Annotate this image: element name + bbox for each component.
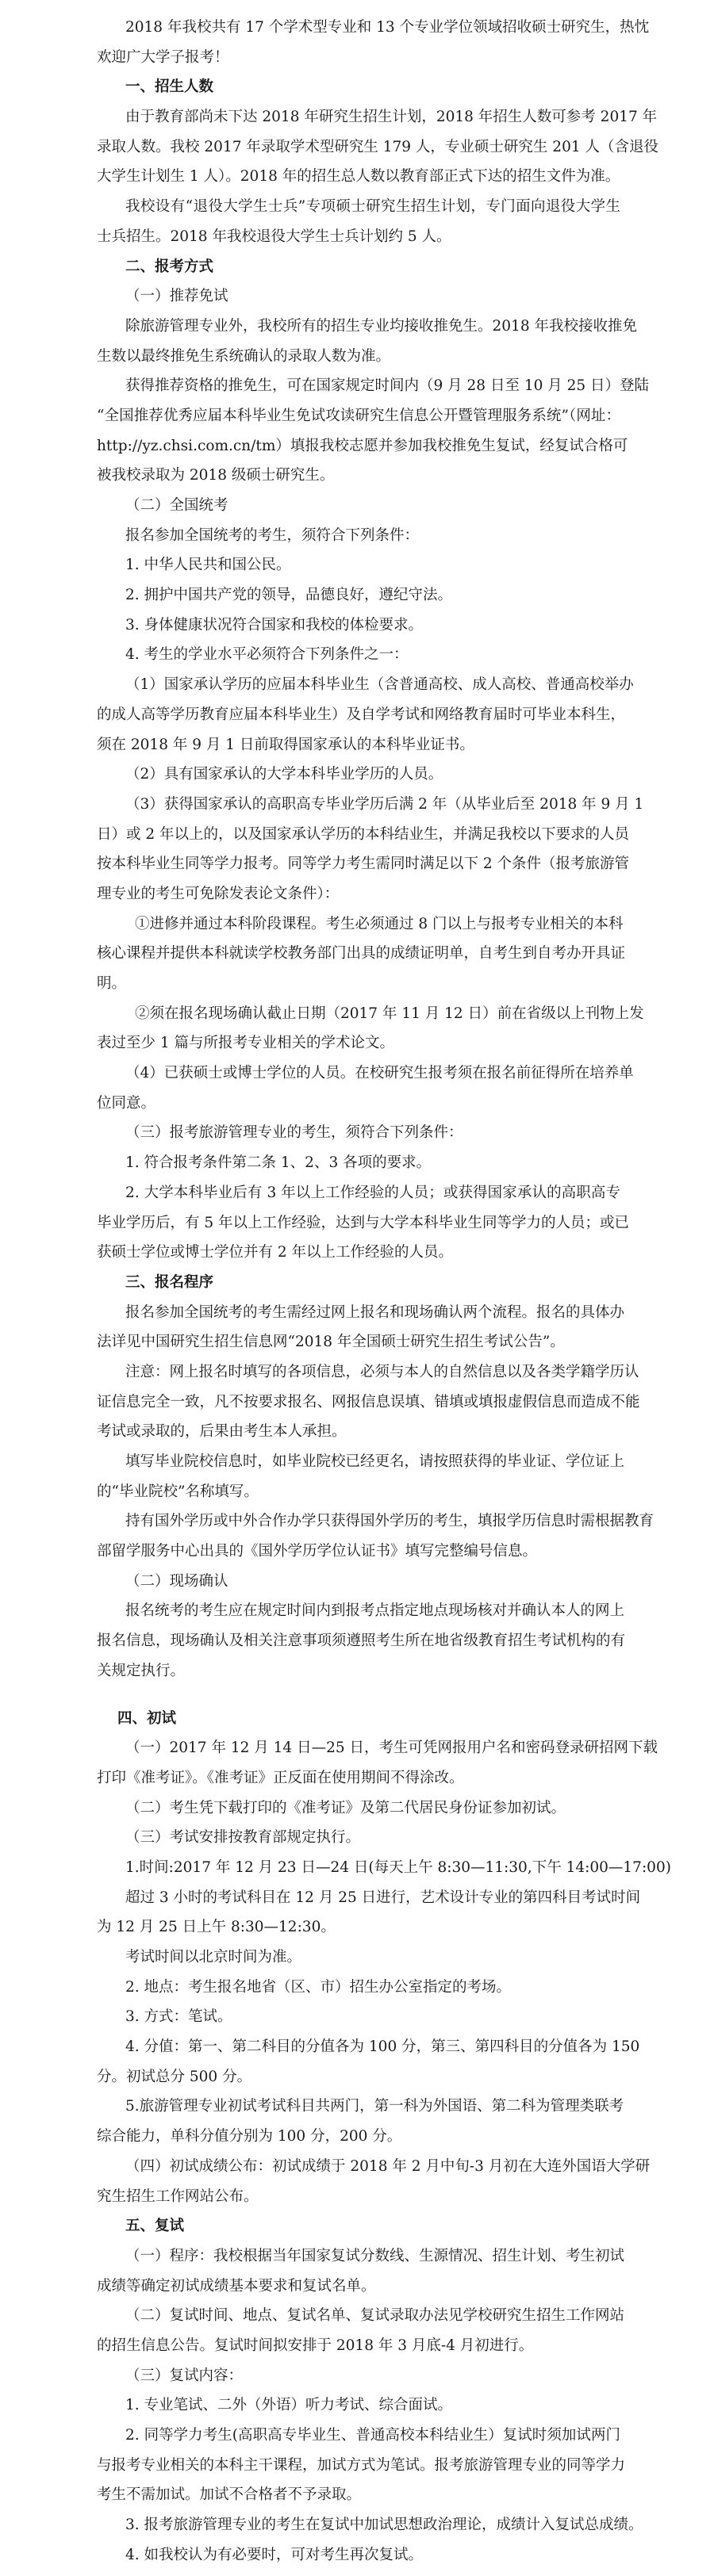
text-line: 明。 xyxy=(97,969,620,999)
text-line: ②须在报名现场确认截止日期（2017 年 11 月 12 日）前在省级以上刊物上… xyxy=(97,999,620,1029)
text-line: 2. 拥护中国共产党的领导，品德良好，遵纪守法。 xyxy=(97,580,620,611)
paragraph: 注意：网上报名时填写的各项信息，必须与本人的自然信息以及各类学籍学历认证信息完全… xyxy=(97,1357,620,1447)
paragraph: （一）2017 年 12 月 14 日—25 日，考生可凭网报用户名和密码登录研… xyxy=(97,1733,620,1793)
heading-text: 四、初试 xyxy=(97,1704,620,1734)
text-line: （三）复试内容： xyxy=(97,2361,620,2391)
text-line: 法详见中国研究生招生信息网“2018 年全国硕士研究生招生考试公告”。 xyxy=(97,1327,620,1357)
text-line: 大学生计划生 1 人）。2018 年的招生总人数以教育部正式下达的招生文件为准。 xyxy=(97,162,620,192)
paragraph: （四）初试成绩公布：初试成绩于 2018 年 2 月中旬-3 月初在大连外国语大… xyxy=(97,2152,620,2211)
paragraph: 2. 同等学力考生(高职高专毕业生、普通高校本科结业生）复试时须加试两门与报考专… xyxy=(97,2421,620,2510)
paragraph: 2018 年我校共有 17 个学术型专业和 13 个专业学位领域招收硕士研究生，… xyxy=(97,13,620,72)
text-line: 2. 地点：考生报名地省（区、市）招生办公室指定的考场。 xyxy=(97,1973,620,2003)
text-line: 1. 中华人民共和国公民。 xyxy=(97,550,620,580)
text-line: （四）初试成绩公布：初试成绩于 2018 年 2 月中旬-3 月初在大连外国语大… xyxy=(97,2152,620,2182)
text-line: 关规定执行。 xyxy=(97,1656,620,1686)
text-line: 报名参加全国统考的考生需经过网上报名和现场确认两个流程。报名的具体办 xyxy=(97,1298,620,1328)
paragraph: 1. 中华人民共和国公民。 xyxy=(97,550,620,580)
section-heading: 四、初试 xyxy=(97,1704,620,1734)
paragraph: 我校设有“退役大学生士兵”专项硕士研究生招生计划，专门面向退役大学生士兵招生。2… xyxy=(97,192,620,251)
paragraph: （三）报考旅游管理专业的考生，须符合下列条件： xyxy=(97,1118,620,1148)
text-line: （二）全国统考 xyxy=(97,491,620,521)
text-line: （三）报考旅游管理专业的考生，须符合下列条件： xyxy=(97,1118,620,1148)
text-line: 证信息完全一致，凡不按要求报名、网报信息误填、错填或填报虚假信息而造成不能 xyxy=(97,1388,620,1418)
paragraph: （一）推荐免试 xyxy=(97,281,620,312)
text-line: 的“毕业院校”名称填写。 xyxy=(97,1477,620,1507)
text-line: 的成人高等学历教育应届本科毕业生）及自学考试和网络教育届时可毕业本科生， xyxy=(97,700,620,730)
text-line: 4. 考生的学业水平必须符合下列条件之一： xyxy=(97,640,620,670)
text-line: 成绩等确定初试成绩基本要求和复试名单。 xyxy=(97,2272,620,2302)
text-line: 3. 身体健康状况符合国家和我校的体检要求。 xyxy=(97,611,620,641)
heading-text: 一、招生人数 xyxy=(97,72,620,102)
paragraph: （三）复试内容： xyxy=(97,2361,620,2391)
text-line: 填写毕业院校信息时，如毕业院校已经更名，请按照获得的毕业证、学位证上 xyxy=(97,1447,620,1477)
paragraph: （3）获得国家承认的高职高专毕业学历后满 2 年（从毕业后至 2018 年 9 … xyxy=(97,790,620,909)
paragraph: （二）全国统考 xyxy=(97,491,620,521)
paragraph: 3. 身体健康状况符合国家和我校的体检要求。 xyxy=(97,611,620,641)
text-line: 按本科毕业生同等学力报考。同等学力考生需同时满足以下 2 个条件（报考旅游管 xyxy=(97,849,620,879)
text-line: 持有国外学历或中外合作办学只获得国外学历的考生，填报学历信息时需根据教育 xyxy=(97,1506,620,1537)
text-line: 4. 如我校认为有必要时，可对考生再次复试。 xyxy=(97,2540,620,2570)
paragraph-spacer xyxy=(97,1686,620,1704)
paragraph: ①进修并通过本科阶段课程。考生必须通过 8 门以上与报考专业相关的本科核心课程并… xyxy=(97,909,620,999)
text-line: 毕业学历后，有 5 年以上工作经验，达到与大学本科毕业生同等学力的人员；或已 xyxy=(97,1208,620,1238)
paragraph: （二）现场确认 xyxy=(97,1567,620,1597)
heading-text: 五、复试 xyxy=(97,2211,620,2241)
paragraph: （二）复试时间、地点、复试名单、复试录取办法见学校研究生招生工作网站的招生信息公… xyxy=(97,2301,620,2360)
text-line: （二）现场确认 xyxy=(97,1567,620,1597)
text-line: 注意：网上报名时填写的各项信息，必须与本人的自然信息以及各类学籍学历认 xyxy=(97,1357,620,1388)
text-line: 须在 2018 年 9 月 1 日前取得国家承认的本科毕业证书。 xyxy=(97,730,620,760)
text-line: （一）推荐免试 xyxy=(97,281,620,312)
text-line: 超过 3 小时的考试科目在 12 月 25 日进行，艺术设计专业的第四科目考试时… xyxy=(97,1883,620,1913)
text-line: 2018 年我校共有 17 个学术型专业和 13 个专业学位领域招收硕士研究生，… xyxy=(97,13,620,43)
paragraph: 4. 考生的学业水平必须符合下列条件之一： xyxy=(97,640,620,670)
text-line: 3. 方式：笔试。 xyxy=(97,2002,620,2032)
text-line: 1. 符合报考条件第二条 1、2、3 各项的要求。 xyxy=(97,1148,620,1178)
paragraph: 1. 专业笔试、二外（外语）听力考试、综合面试。 xyxy=(97,2390,620,2421)
text-line: 1.时间:2017 年 12 月 23 日—24 日(每天上午 8:30—11:… xyxy=(97,1853,620,1883)
text-line: （二）复试时间、地点、复试名单、复试录取办法见学校研究生招生工作网站 xyxy=(97,2301,620,2331)
text-line: 综合能力，单科分值分别为 100 分，200 分。 xyxy=(97,2122,620,2152)
text-line: （二）考生凭下载打印的《准考证》及第二代居民身份证参加初试。 xyxy=(97,1793,620,1824)
section-heading: 三、报名程序 xyxy=(97,1268,620,1298)
paragraph: 填写毕业院校信息时，如毕业院校已经更名，请按照获得的毕业证、学位证上的“毕业院校… xyxy=(97,1447,620,1506)
text-line: 报名统考的考生应在规定时间内到报考点指定地点现场核对并确认本人的网上 xyxy=(97,1596,620,1626)
text-line: 考试或录取的，后果由考生本人承担。 xyxy=(97,1417,620,1447)
text-line: （一）2017 年 12 月 14 日—25 日，考生可凭网报用户名和密码登录研… xyxy=(97,1733,620,1763)
paragraph: （2）具有国家承认的大学本科毕业学历的人员。 xyxy=(97,760,620,790)
text-line: 核心课程并提供本科就读学校教务部门出具的成绩证明单，自考生到自考办开具证 xyxy=(97,939,620,969)
text-line: （1）国家承认学历的应届本科毕业生（含普通高校、成人高校、普通高校举办 xyxy=(97,670,620,700)
paragraph: （一）程序：我校根据当年国家复试分数线、生源情况、招生计划、考生初试成绩等确定初… xyxy=(97,2241,620,2301)
text-line: 报名参加全国统考的考生，须符合下列条件： xyxy=(97,521,620,551)
paragraph: 考试时间以北京时间为准。 xyxy=(97,1943,620,1973)
text-line: （一）程序：我校根据当年国家复试分数线、生源情况、招生计划、考生初试 xyxy=(97,2241,620,2272)
paragraph: 持有国外学历或中外合作办学只获得国外学历的考生，填报学历信息时需根据教育部留学服… xyxy=(97,1506,620,1566)
text-line: 表过至少 1 篇与所报考专业相关的学术论文。 xyxy=(97,1028,620,1058)
paragraph: 获得推荐资格的推免生，可在国家规定时间内（9 月 28 日至 10 月 25 日… xyxy=(97,371,620,491)
text-line: 2. 同等学力考生(高职高专毕业生、普通高校本科结业生）复试时须加试两门 xyxy=(97,2421,620,2451)
section-heading: 五、复试 xyxy=(97,2211,620,2241)
text-line: 与报考专业相关的本科主干课程，加试方式为笔试。报考旅游管理专业的同等学力 xyxy=(97,2451,620,2481)
text-line: 欢迎广大学子报考！ xyxy=(97,43,620,73)
paragraph: （4）已获硕士或博士学位的人员。在校研究生报考须在报名前征得所在培养单位同意。 xyxy=(97,1058,620,1118)
text-line: 除旅游管理专业外，我校所有的招生专业均接收推免生。2018 年我校接收推免 xyxy=(97,312,620,342)
heading-text: 三、报名程序 xyxy=(97,1268,620,1298)
text-line: http://yz.chsi.com.cn/tm）填报我校志愿并参加我校推免生复… xyxy=(97,431,620,461)
text-line: 由于教育部尚未下达 2018 年研究生招生计划，2018 年招生人数可参考 20… xyxy=(97,102,620,132)
text-line: （三）考试安排按教育部规定执行。 xyxy=(97,1823,620,1853)
paragraph: 除旅游管理专业外，我校所有的招生专业均接收推免生。2018 年我校接收推免生数以… xyxy=(97,312,620,371)
text-line: 究生招生工作网站公布。 xyxy=(97,2182,620,2212)
paragraph: 超过 3 小时的考试科目在 12 月 25 日进行，艺术设计专业的第四科目考试时… xyxy=(97,1883,620,1943)
paragraph: 2. 拥护中国共产党的领导，品德良好，遵纪守法。 xyxy=(97,580,620,611)
text-line: 分。初试总分 500 分。 xyxy=(97,2062,620,2092)
paragraph: 报名参加全国统考的考生，须符合下列条件： xyxy=(97,521,620,551)
text-line: 理专业的考生可免除发表论文条件）： xyxy=(97,879,620,909)
text-line: （3）获得国家承认的高职高专毕业学历后满 2 年（从毕业后至 2018 年 9 … xyxy=(97,790,620,820)
text-line: 被我校录取为 2018 级硕士研究生。 xyxy=(97,461,620,491)
paragraph: （三）考试安排按教育部规定执行。 xyxy=(97,1823,620,1853)
paragraph: 3. 报考旅游管理专业的考生在复试中加试思想政治理论，成绩计入复试总成绩。 xyxy=(97,2510,620,2540)
text-line: 位同意。 xyxy=(97,1089,620,1119)
text-line: 3. 报考旅游管理专业的考生在复试中加试思想政治理论，成绩计入复试总成绩。 xyxy=(97,2510,620,2540)
section-heading: 一、招生人数 xyxy=(97,72,620,102)
text-line: 获硕士学位或博士学位并有 2 年以上工作经验的人员。 xyxy=(97,1238,620,1268)
text-line: 2. 大学本科毕业后有 3 年以上工作经验的人员；或获得国家承认的高职高专 xyxy=(97,1178,620,1208)
text-line: 部留学服务中心出具的《国外学历学位认证书》填写完整编号信息。 xyxy=(97,1537,620,1567)
paragraph: ②须在报名现场确认截止日期（2017 年 11 月 12 日）前在省级以上刊物上… xyxy=(97,999,620,1058)
paragraph: 1.时间:2017 年 12 月 23 日—24 日(每天上午 8:30—11:… xyxy=(97,1853,620,1883)
paragraph: 2. 地点：考生报名地省（区、市）招生办公室指定的考场。 xyxy=(97,1973,620,2003)
text-line: 我校设有“退役大学生士兵”专项硕士研究生招生计划，专门面向退役大学生 xyxy=(97,192,620,222)
text-line: 为 12 月 25 日上午 8:30—12:30。 xyxy=(97,1912,620,1943)
text-line: 获得推荐资格的推免生，可在国家规定时间内（9 月 28 日至 10 月 25 日… xyxy=(97,371,620,401)
paragraph: 报名参加全国统考的考生需经过网上报名和现场确认两个流程。报名的具体办法详见中国研… xyxy=(97,1298,620,1357)
paragraph: （二）考生凭下载打印的《准考证》及第二代居民身份证参加初试。 xyxy=(97,1793,620,1824)
heading-text: 二、报考方式 xyxy=(97,252,620,282)
paragraph: 4. 分值：第一、第二科目的分值各为 100 分，第三、第四科目的分值各为 15… xyxy=(97,2032,620,2092)
paragraph: 4. 如我校认为有必要时，可对考生再次复试。 xyxy=(97,2540,620,2570)
section-heading: 二、报考方式 xyxy=(97,252,620,282)
text-line: 报名信息，现场确认及相关注意事项须遵照考生所在地省级教育招生考试机构的有 xyxy=(97,1626,620,1656)
paragraph: 报名统考的考生应在规定时间内到报考点指定地点现场核对并确认本人的网上报名信息，现… xyxy=(97,1596,620,1686)
text-line: 4. 分值：第一、第二科目的分值各为 100 分，第三、第四科目的分值各为 15… xyxy=(97,2032,620,2062)
paragraph: 由于教育部尚未下达 2018 年研究生招生计划，2018 年招生人数可参考 20… xyxy=(97,102,620,192)
text-line: 5.旅游管理专业初试考试科目共两门，第一科为外国语、第二科为管理类联考 xyxy=(97,2092,620,2122)
paragraph: 5.旅游管理专业初试考试科目共两门，第一科为外国语、第二科为管理类联考综合能力，… xyxy=(97,2092,620,2151)
text-line: （2）具有国家承认的大学本科毕业学历的人员。 xyxy=(97,760,620,790)
paragraph: 2. 大学本科毕业后有 3 年以上工作经验的人员；或获得国家承认的高职高专毕业学… xyxy=(97,1178,620,1268)
text-line: （4）已获硕士或博士学位的人员。在校研究生报考须在报名前征得所在培养单 xyxy=(97,1058,620,1089)
paragraph: 3. 方式：笔试。 xyxy=(97,2002,620,2032)
text-line: 生数以最终推免生系统确认的录取人数为准。 xyxy=(97,342,620,372)
text-line: 日）或 2 年以上的，以及国家承认学历的本科结业生，并满足我校以下要求的人员 xyxy=(97,820,620,850)
text-line: 士兵招生。2018 年我校退役大学生士兵计划约 5 人。 xyxy=(97,222,620,252)
document-body: 2018 年我校共有 17 个学术型专业和 13 个专业学位领域招收硕士研究生，… xyxy=(97,13,620,2570)
text-line: 1. 专业笔试、二外（外语）听力考试、综合面试。 xyxy=(97,2390,620,2421)
paragraph: （1）国家承认学历的应届本科毕业生（含普通高校、成人高校、普通高校举办的成人高等… xyxy=(97,670,620,760)
text-line: “全国推荐优秀应届本科毕业生免试攻读研究生信息公开暨管理服务系统”（网址： xyxy=(97,401,620,431)
text-line: 考生不需加试。加试不合格者不予录取。 xyxy=(97,2480,620,2510)
text-line: ①进修并通过本科阶段课程。考生必须通过 8 门以上与报考专业相关的本科 xyxy=(97,909,620,940)
text-line: 考试时间以北京时间为准。 xyxy=(97,1943,620,1973)
text-line: 录取人数。我校 2017 年录取学术型研究生 179 人，专业硕士研究生 201… xyxy=(97,132,620,163)
text-line: 打印《准考证》。《准考证》正反面在使用期间不得涂改。 xyxy=(97,1763,620,1793)
text-line: 的招生信息公告。复试时间拟安排于 2018 年 3 月底-4 月初进行。 xyxy=(97,2331,620,2361)
paragraph: 1. 符合报考条件第二条 1、2、3 各项的要求。 xyxy=(97,1148,620,1178)
